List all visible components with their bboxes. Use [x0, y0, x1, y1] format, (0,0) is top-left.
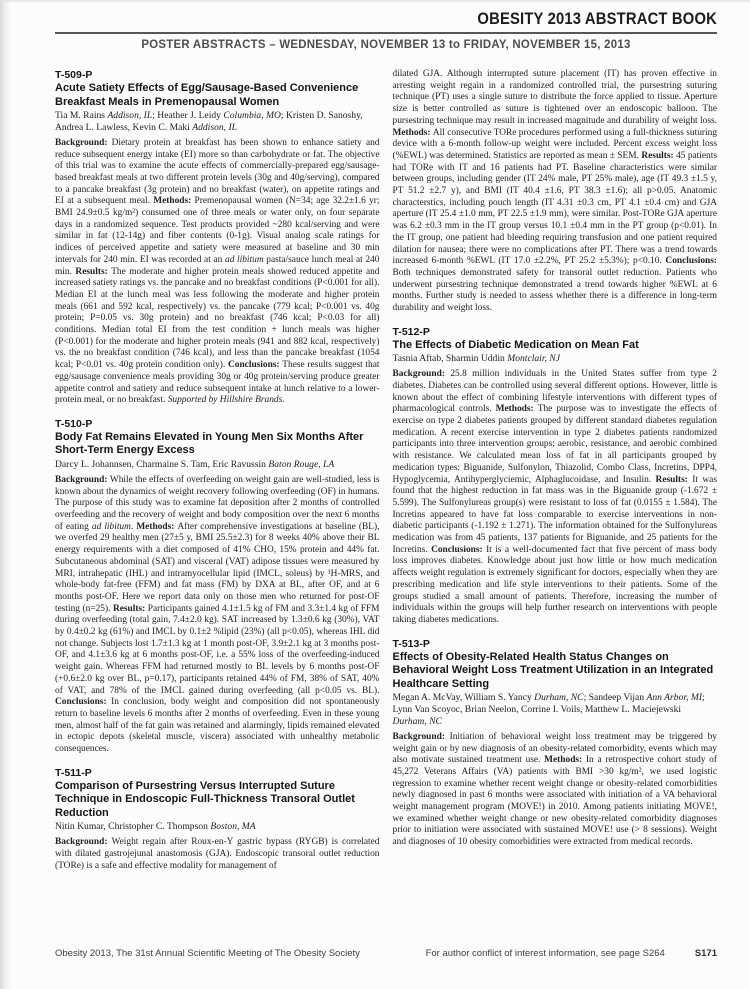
- abstract-columns: T-509-PAcute Satiety Effects of Egg/Saus…: [55, 69, 717, 935]
- text-segment: Methods:: [496, 404, 538, 414]
- abstract-authors: Darcy L. Johannsen, Charmaine S. Tam, Er…: [55, 459, 380, 471]
- abstract-id: T-513-P: [393, 638, 718, 651]
- abstract-authors: Tia M. Rains Addison, IL; Heather J. Lei…: [55, 110, 380, 134]
- abstract-body: Background: Initiation of behavioral wei…: [393, 732, 718, 849]
- text-segment: dilated GJA. Although interrupted suture…: [393, 69, 718, 126]
- footer-right-group: For author conflict of interest informat…: [426, 948, 717, 959]
- text-segment: Methods:: [153, 196, 194, 206]
- text-segment: ad libitum: [225, 255, 264, 265]
- footer-meeting-info: Obesity 2013, The 31st Annual Scientific…: [55, 948, 360, 959]
- text-segment: 45 patients had TORe with IT and 16 pati…: [393, 151, 718, 266]
- text-segment: In a retrospective cohort study of 45,27…: [393, 755, 718, 847]
- abstract-t-509-p: T-509-PAcute Satiety Effects of Egg/Saus…: [55, 69, 380, 407]
- header-rule: [55, 32, 717, 34]
- abstract-body: Background: While the effects of overfee…: [55, 475, 380, 756]
- text-segment: Results:: [75, 267, 111, 277]
- text-segment: Conclusions:: [431, 545, 486, 555]
- text-segment: Background:: [393, 732, 450, 742]
- abstract-t-510-p: T-510-PBody Fat Remains Elevated in Youn…: [55, 418, 380, 756]
- abstract-title: The Effects of Diabetic Medication on Me…: [393, 339, 718, 353]
- abstract-authors: Megan A. McVay, William S. Yancy Durham,…: [393, 692, 718, 728]
- abstract-body: Background: Dietary protein at breakfast…: [55, 138, 380, 407]
- section-header: POSTER ABSTRACTS – WEDNESDAY, NOVEMBER 1…: [72, 37, 701, 52]
- text-segment: The purpose was to investigate the effec…: [393, 404, 718, 484]
- text-segment: Darcy L. Johannsen, Charmaine S. Tam, Er…: [55, 459, 268, 470]
- text-segment: Boston, MA: [210, 821, 255, 832]
- abstract-body: Background: Weight regain after Roux-en-…: [55, 837, 380, 872]
- text-segment: Durham, NC: [534, 692, 583, 703]
- abstract-authors: Nitin Kumar, Christopher C. Thompson Bos…: [55, 821, 380, 833]
- abstract-title: Comparison of Pursestring Versus Interru…: [55, 780, 380, 821]
- text-segment: Conclusions:: [228, 360, 282, 370]
- left-column: T-509-PAcute Satiety Effects of Egg/Saus…: [55, 69, 380, 935]
- text-segment: Addison, IL: [107, 110, 152, 121]
- text-segment: ; Heather J. Leidy: [152, 110, 223, 121]
- text-segment: Montclair, NJ: [507, 353, 560, 364]
- abstract-t-513-p: T-513-PEffects of Obesity-Related Health…: [393, 638, 718, 849]
- abstract-continuation: dilated GJA. Although interrupted suture…: [393, 69, 718, 315]
- text-segment: ; Sandeep Vijan: [584, 692, 647, 703]
- text-segment: Results:: [656, 475, 693, 485]
- text-segment: Background:: [393, 369, 451, 379]
- text-segment: Methods:: [393, 128, 433, 138]
- text-segment: It was found that the highest reduction …: [393, 475, 718, 555]
- text-segment: Background:: [55, 837, 112, 847]
- text-segment: The moderate and higher protein meals sh…: [55, 267, 380, 371]
- text-segment: Durham, NC: [393, 716, 442, 727]
- text-segment: Background:: [55, 138, 112, 148]
- abstract-t-511-p: T-511-PComparison of Pursestring Versus …: [55, 767, 380, 873]
- abstract-title: Acute Satiety Effects of Egg/Sausage-Bas…: [55, 82, 380, 109]
- text-segment: Methods:: [544, 755, 586, 765]
- abstract-authors: Tasnia Aftab, Sharmin Uddin Montclair, N…: [393, 353, 718, 365]
- book-title: OBESITY 2013 ABSTRACT BOOK: [141, 9, 717, 29]
- abstract-id: T-510-P: [55, 418, 380, 431]
- text-segment: Ann Arbor, MI: [647, 692, 703, 703]
- text-segment: Supported by Hillshire Brands.: [168, 395, 285, 405]
- abstract-title: Effects of Obesity-Related Health Status…: [393, 651, 718, 692]
- abstract-id: T-509-P: [55, 69, 380, 82]
- abstract-id: T-512-P: [393, 326, 718, 339]
- right-column: dilated GJA. Although interrupted suture…: [393, 69, 718, 935]
- text-segment: Results:: [113, 604, 148, 614]
- text-segment: Participants gained 4.1±1.5 kg of FM and…: [55, 604, 380, 696]
- abstract-title: Body Fat Remains Elevated in Young Men S…: [55, 431, 380, 458]
- text-segment: Baton Rouge, LA: [268, 459, 334, 470]
- text-segment: Conclusions:: [55, 697, 111, 707]
- page-number: S171: [695, 948, 717, 959]
- text-segment: Tia M. Rains: [55, 110, 107, 121]
- abstract-body: Background: 25.8 million individuals in …: [393, 369, 718, 626]
- text-segment: Megan A. McVay, William S. Yancy: [393, 692, 535, 703]
- abstract-body: dilated GJA. Although interrupted suture…: [393, 69, 718, 315]
- text-segment: After comprehensive investigations at ba…: [55, 522, 380, 614]
- text-segment: Addison, IL: [192, 122, 237, 133]
- text-segment: ad libitum: [92, 522, 131, 532]
- text-segment: Results:: [641, 151, 676, 161]
- abstract-book-page: OBESITY 2013 ABSTRACT BOOK POSTER ABSTRA…: [0, 0, 750, 989]
- abstract-t-512-p: T-512-PThe Effects of Diabetic Medicatio…: [393, 326, 718, 627]
- text-segment: Both techniques demonstrated safety for …: [393, 268, 718, 313]
- text-segment: Columbia, MO: [223, 110, 281, 121]
- text-segment: It is a well-documented fact that five p…: [393, 545, 718, 625]
- text-segment: Background:: [55, 475, 110, 485]
- footer-conflict-note: For author conflict of interest informat…: [426, 948, 665, 959]
- page-footer: Obesity 2013, The 31st Annual Scientific…: [55, 948, 717, 959]
- text-segment: Conclusions:: [665, 256, 717, 266]
- page-header: OBESITY 2013 ABSTRACT BOOK POSTER ABSTRA…: [55, 0, 717, 52]
- text-segment: Methods:: [136, 522, 177, 532]
- abstract-id: T-511-P: [55, 767, 380, 780]
- text-segment: Tasnia Aftab, Sharmin Uddin: [393, 353, 508, 364]
- text-segment: Nitin Kumar, Christopher C. Thompson: [55, 821, 210, 832]
